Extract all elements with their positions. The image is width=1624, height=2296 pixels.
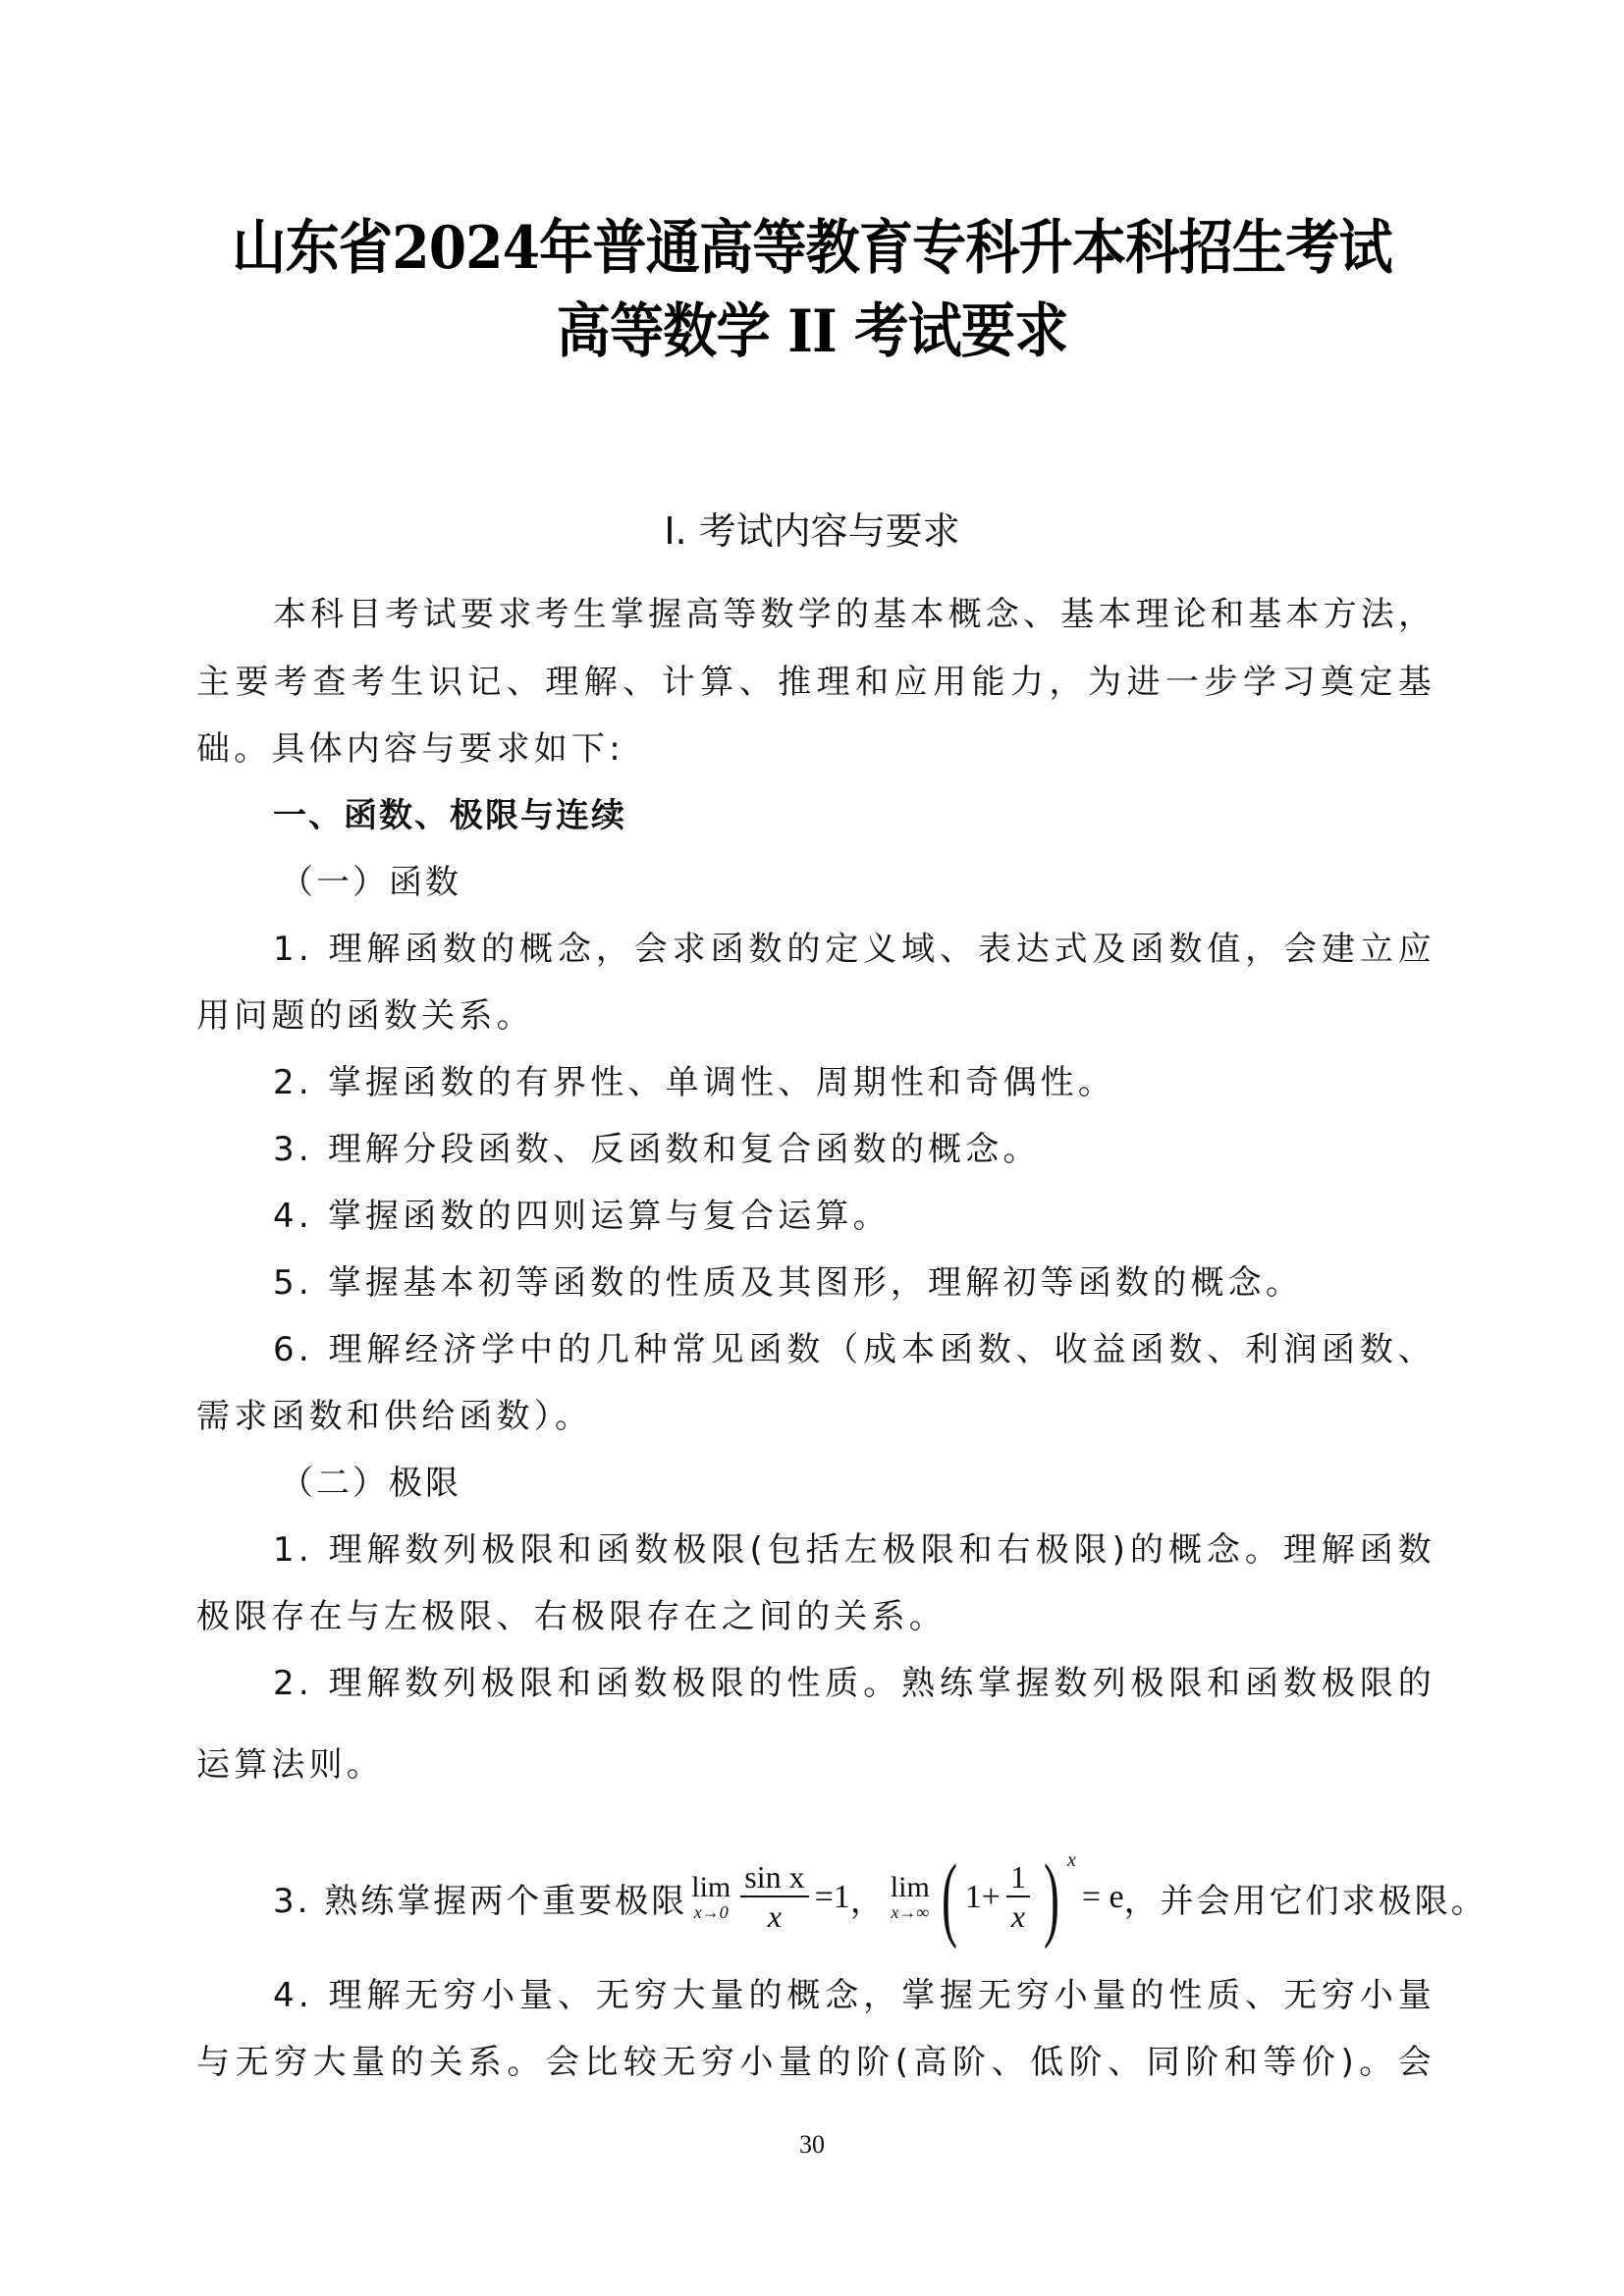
intro-line-1: 本科目考试要求考生掌握高等数学的基本概念、基本理论和基本方法， xyxy=(273,587,1435,635)
formula-prefix: 3. 熟练掌握两个重要极限 xyxy=(273,1874,687,1922)
list-item: 3. 理解分段函数、反函数和复合函数的概念。 xyxy=(273,1122,1435,1170)
list-item-continuation: 极限存在与左极限、右极限存在之间的关系。 xyxy=(196,1589,1435,1637)
formula-separator: ， xyxy=(850,1874,887,1922)
formula-suffix: ，并会用它们求极限。 xyxy=(1124,1874,1488,1922)
part2-heading: （二）极限 xyxy=(280,1456,1519,1504)
list-item-formula: 3. 熟练掌握两个重要极限 lim x→0 sin x x =1 ， lim x… xyxy=(273,1843,1488,1951)
list-item: 5. 掌握基本初等函数的性质及其图形，理解初等函数的概念。 xyxy=(273,1255,1435,1304)
exponent: x xyxy=(1067,1849,1076,1872)
fraction-sinx-over-x: sin x x xyxy=(740,1859,808,1935)
fraction-one-over-x: 1 x xyxy=(1006,1859,1030,1935)
list-item-continuation: 运算法则。 xyxy=(196,1737,1435,1786)
document-page: 山东省2024年普通高等教育专科升本科招生考试 高等数学 II 考试要求 Ⅰ. … xyxy=(0,0,1624,2296)
list-item: 2. 掌握函数的有界性、单调性、周期性和奇偶性。 xyxy=(273,1055,1435,1103)
page-number: 30 xyxy=(0,2130,1624,2160)
intro-line-3: 础。具体内容与要求如下: xyxy=(196,721,1435,770)
limit-operator-2: lim x→∞ xyxy=(891,1873,930,1923)
list-item: 1. 理解函数的概念，会求函数的定义域、表达式及函数值，会建立应 xyxy=(273,922,1435,970)
chapter-heading: 一、函数、极限与连续 xyxy=(273,788,1435,836)
list-item: 4. 掌握函数的四则运算与复合运算。 xyxy=(273,1189,1435,1237)
list-item-continuation: 用问题的函数关系。 xyxy=(196,988,1435,1037)
document-title-line2: 高等数学 II 考试要求 xyxy=(65,285,1559,369)
part1-heading: （一）函数 xyxy=(280,855,1519,903)
list-item-continuation: 需求函数和供给函数）。 xyxy=(196,1389,1435,1437)
section-title: Ⅰ. 考试内容与要求 xyxy=(0,501,1624,555)
limit-operator-1: lim x→0 xyxy=(691,1873,731,1923)
list-item: 1. 理解数列极限和函数极限(包括左极限和右极限)的概念。理解函数 xyxy=(273,1522,1435,1571)
list-item: 6. 理解经济学中的几种常见函数（成本函数、收益函数、利润函数、 xyxy=(273,1322,1435,1370)
list-item-continuation: 与无穷大量的关系。会比较无穷小量的阶(高阶、低阶、同阶和等价)。会 xyxy=(196,2035,1435,2083)
list-item: 4. 理解无穷小量、无穷大量的概念，掌握无穷小量的性质、无穷小量 xyxy=(273,1968,1435,2016)
right-paren: ) xyxy=(1044,1850,1059,1945)
intro-line-2: 主要考查考生识记、理解、计算、推理和应用能力，为进一步学习奠定基 xyxy=(196,655,1435,703)
document-title-line1: 山东省2024年普通高等教育专科升本科招生考试 xyxy=(65,201,1559,286)
left-paren: ( xyxy=(942,1850,957,1945)
list-item: 2. 理解数列极限和函数极限的性质。熟练掌握数列极限和函数极限的 xyxy=(273,1656,1435,1704)
